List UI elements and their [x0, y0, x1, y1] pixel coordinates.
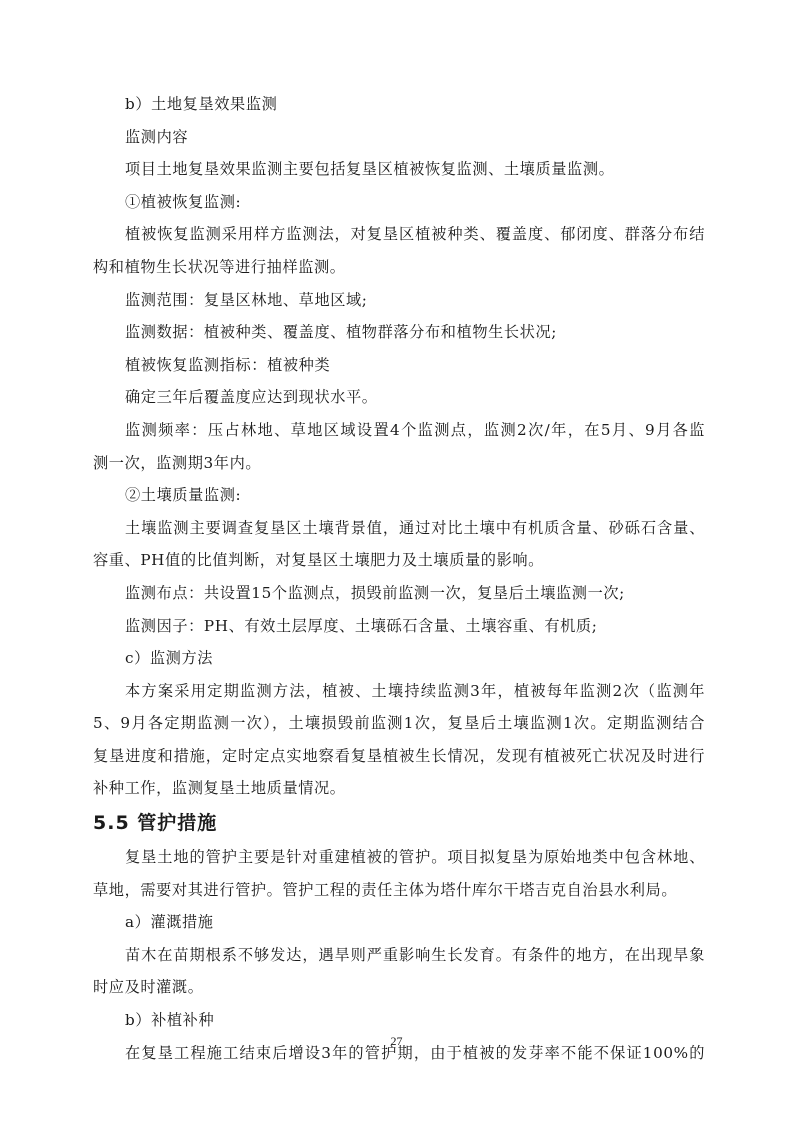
subheading-c-monitoring-method: c）监测方法 — [93, 642, 705, 675]
subheading-b-replanting: b）补植补种 — [93, 1004, 705, 1037]
paragraph-monitoring-frequency-line1: 监测频率：压占林地、草地区域设置4个监测点，监测2次/年，在5月、9月各监 — [93, 414, 705, 447]
paragraph-method-line4: 补种工作，监测复垦土地质量情况。 — [93, 772, 705, 805]
subheading-b-land-reclamation-monitoring: b）土地复垦效果监测 — [93, 88, 705, 121]
paragraph-monitoring-points: 监测布点：共设置15个监测点，损毁前监测一次，复垦后土壤监测一次; — [93, 577, 705, 610]
subheading-vegetation-recovery: ①植被恢复监测: — [93, 186, 705, 219]
paragraph-management-line1: 复垦土地的管护主要是针对重建植被的管护。项目拟复垦为原始地类中包含林地、 — [93, 841, 705, 874]
paragraph-monitoring-content: 监测内容 — [93, 121, 705, 154]
paragraph-monitoring-factors: 监测因子：PH、有效土层厚度、土壤砾石含量、土壤容重、有机质; — [93, 610, 705, 643]
paragraph-vegetation-method-line2: 构和植物生长状况等进行抽样监测。 — [93, 251, 705, 284]
document-page: b）土地复垦效果监测 监测内容 项目土地复垦效果监测主要包括复垦区植被恢复监测、… — [93, 88, 705, 1069]
page-number: 27 — [0, 1034, 793, 1049]
subheading-soil-quality: ②土壤质量监测: — [93, 479, 705, 512]
paragraph-vegetation-indicator: 植被恢复监测指标：植被种类 — [93, 349, 705, 382]
subheading-a-irrigation: a）灌溉措施 — [93, 906, 705, 939]
paragraph-monitoring-frequency-line2: 测一次，监测期3年内。 — [93, 447, 705, 480]
paragraph-method-line3: 复垦进度和措施，定时定点实地察看复垦植被生长情况，发现有植被死亡状况及时进行 — [93, 740, 705, 773]
paragraph-monitoring-range: 监测范围：复垦区林地、草地区域; — [93, 284, 705, 317]
paragraph-monitoring-data: 监测数据：植被种类、覆盖度、植物群落分布和植物生长状况; — [93, 316, 705, 349]
paragraph-vegetation-method-line1: 植被恢复监测采用样方监测法，对复垦区植被种类、覆盖度、郁闭度、群落分布结 — [93, 218, 705, 251]
paragraph-method-line1: 本方案采用定期监测方法，植被、土壤持续监测3年，植被每年监测2次（监测年 — [93, 675, 705, 708]
paragraph-soil-method-line1: 土壤监测主要调查复垦区土壤背景值，通过对比土壤中有机质含量、砂砾石含量、 — [93, 512, 705, 545]
paragraph-coverage-target: 确定三年后覆盖度应达到现状水平。 — [93, 381, 705, 414]
paragraph-management-line2: 草地，需要对其进行管护。管护工程的责任主体为塔什库尔干塔吉克自治县水利局。 — [93, 874, 705, 907]
paragraph-method-line2: 5、9月各定期监测一次），土壤损毁前监测1次，复垦后土壤监测1次。定期监测结合 — [93, 707, 705, 740]
paragraph-irrigation-line2: 时应及时灌溉。 — [93, 971, 705, 1004]
section-heading-5-5: 5.5 管护措施 — [93, 805, 705, 841]
paragraph-monitoring-scope-summary: 项目土地复垦效果监测主要包括复垦区植被恢复监测、土壤质量监测。 — [93, 153, 705, 186]
paragraph-irrigation-line1: 苗木在苗期根系不够发达，遇旱则严重影响生长发育。有条件的地方，在出现旱象 — [93, 939, 705, 972]
paragraph-soil-method-line2: 容重、PH值的比值判断，对复垦区土壤肥力及土壤质量的影响。 — [93, 544, 705, 577]
